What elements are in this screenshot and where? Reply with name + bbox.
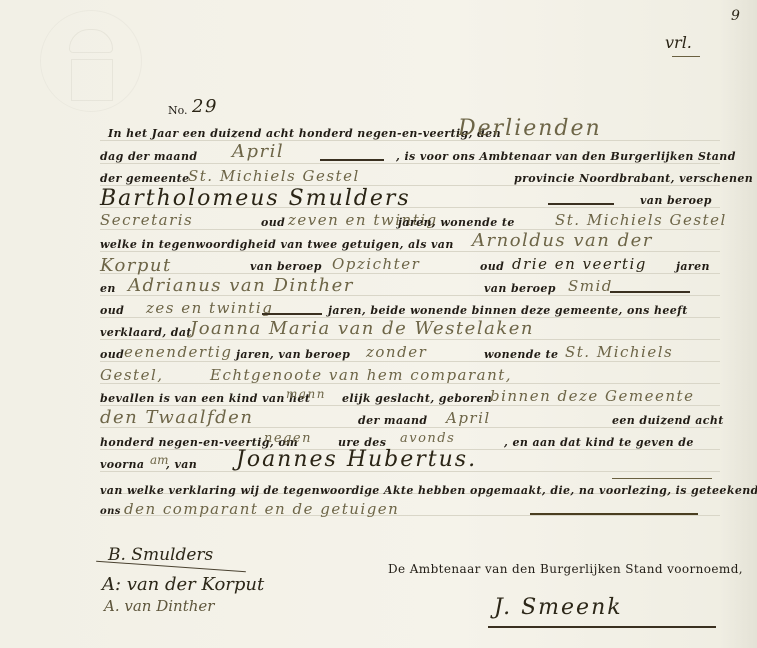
printed-text: provincie Noordbrabant, verschenen bbox=[514, 172, 753, 185]
annotation-underline bbox=[672, 56, 700, 57]
signature-witness-1: A: van der Korput bbox=[102, 574, 264, 595]
rule bbox=[100, 361, 720, 362]
handwritten-sex: mann bbox=[286, 387, 326, 401]
closing-statement: De Ambtenaar van den Burgerlijken Stand … bbox=[388, 562, 743, 576]
handwritten-mother-residence: St. Michiels bbox=[565, 343, 673, 361]
handwritten-witness2-profession: Smid bbox=[568, 277, 613, 295]
fill-dash bbox=[548, 203, 614, 205]
record-number-label: No. bbox=[168, 104, 188, 117]
printed-text: , is voor ons Ambtenaar van den Burgerli… bbox=[396, 150, 736, 163]
handwritten-residence: St. Michiels Gestel bbox=[555, 211, 727, 229]
fill-dash bbox=[320, 159, 384, 161]
handwritten-birth-day: den Twaalfden bbox=[100, 407, 253, 428]
handwritten-signers: den comparant en de getuigen bbox=[124, 500, 399, 518]
page-mark: 9 bbox=[731, 8, 741, 24]
printed-text: jaren, wonende te bbox=[398, 216, 515, 229]
handwritten-mother-name: Joanna Maria van de Westelaken bbox=[190, 318, 534, 339]
printed-text: welke in tegenwoordigheid van twee getui… bbox=[100, 238, 454, 251]
printed-text: voorna bbox=[100, 458, 144, 471]
handwritten-witness1-name: Arnoldus van der bbox=[472, 230, 653, 251]
handwritten-witness2-name: Adrianus van Dinther bbox=[128, 275, 354, 296]
printed-text: wonende te bbox=[484, 348, 558, 361]
printed-text: oud bbox=[100, 304, 124, 317]
rule bbox=[100, 273, 720, 274]
printed-text: een duizend acht bbox=[612, 414, 724, 427]
printed-text: ons bbox=[100, 506, 121, 517]
handwritten-profession: Secretaris bbox=[100, 211, 193, 229]
printed-text: elijk geslacht, geboren bbox=[342, 392, 492, 405]
printed-text: oud bbox=[261, 216, 285, 229]
fill-dash bbox=[262, 313, 322, 315]
fill-dash bbox=[610, 291, 690, 293]
printed-text: en bbox=[100, 282, 116, 295]
printed-text: , en aan dat kind te geven de bbox=[504, 436, 694, 449]
fill-line bbox=[612, 478, 712, 479]
printed-text: dag der maand bbox=[100, 150, 197, 163]
printed-text: verklaard, dat bbox=[100, 326, 192, 339]
civil-birth-record-page: vrl. 9 No. 29 In het Jaar een duizend ac… bbox=[0, 0, 757, 648]
printed-text: van beroep bbox=[484, 282, 556, 295]
handwritten-birthplace: binnen deze Gemeente bbox=[490, 387, 694, 405]
printed-text: der gemeente bbox=[100, 172, 190, 185]
rule bbox=[100, 251, 720, 252]
fill-dash bbox=[530, 513, 698, 515]
shield-emboss bbox=[71, 59, 113, 101]
signature-witness-2: A. van Dinther bbox=[104, 597, 214, 615]
printed-text: bevallen is van een kind van het bbox=[100, 392, 310, 405]
handwritten-witness1-surname: Korput bbox=[100, 255, 172, 276]
corner-annotation: vrl. bbox=[665, 33, 692, 52]
printed-text: jaren, beide wonende binnen deze gemeent… bbox=[328, 304, 688, 317]
printed-text: jaren, van beroep bbox=[236, 348, 350, 361]
printed-text: oud bbox=[480, 260, 504, 273]
handwritten-hour: negen bbox=[264, 431, 312, 446]
printed-text: van beroep bbox=[640, 194, 712, 207]
handwritten-month: April bbox=[232, 141, 284, 162]
printed-text: jaren bbox=[676, 260, 710, 273]
rule bbox=[100, 405, 720, 406]
crown-emboss bbox=[69, 29, 113, 53]
handwritten-relationship: Echtgenoote van hem comparant, bbox=[210, 366, 512, 384]
handwritten-mother-age: eenendertig bbox=[124, 343, 233, 361]
rule bbox=[100, 140, 720, 141]
handwritten-time-of-day: avonds bbox=[400, 431, 455, 446]
record-number: 29 bbox=[192, 96, 218, 117]
handwritten-witness1-profession: Opzichter bbox=[332, 255, 420, 273]
handwritten-child-name: Joannes Hubertus. bbox=[236, 447, 477, 472]
handwritten-birth-month: April bbox=[446, 409, 491, 427]
rule bbox=[100, 163, 720, 164]
signature-underline bbox=[488, 626, 716, 628]
handwritten-witness1-age: drie en veertig bbox=[512, 255, 647, 273]
printed-text: oud bbox=[100, 348, 124, 361]
handwritten-witness2-age: zes en twintig bbox=[146, 299, 273, 317]
printed-text: , van bbox=[166, 458, 197, 471]
signature-official: J. Smeenk bbox=[494, 595, 623, 620]
printed-text: van welke verklaring wij de tegenwoordig… bbox=[100, 484, 757, 497]
handwritten-declarant-name: Bartholomeus Smulders bbox=[100, 186, 411, 211]
printed-text: In het Jaar een duizend acht honderd neg… bbox=[108, 127, 501, 140]
handwritten-day: Derlienden bbox=[458, 116, 602, 141]
printed-text: der maand bbox=[358, 414, 428, 427]
printed-text: van beroep bbox=[250, 260, 322, 273]
handwritten-residence-cont: Gestel, bbox=[100, 366, 164, 384]
rule bbox=[100, 339, 720, 340]
embossed-seal-icon bbox=[40, 10, 142, 112]
handwritten-municipality: St. Michiels Gestel bbox=[188, 167, 360, 185]
handwritten-mother-profession: zonder bbox=[366, 343, 427, 361]
